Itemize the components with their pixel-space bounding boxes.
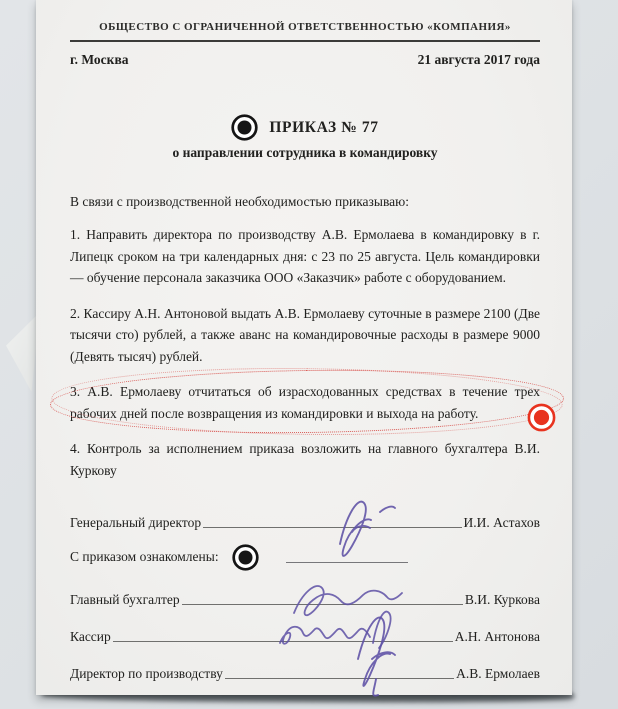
document-page: ОБЩЕСТВО С ОГРАНИЧЕННОЙ ОТВЕТСТВЕННОСТЬЮ… [36,0,572,695]
signature-kurkova [282,569,414,619]
order-item-4: 4. Контроль за исполнением приказа возло… [70,438,540,481]
signature-label: Главный бухгалтер [70,592,180,608]
signature-line [113,640,453,642]
signature-label: Директор по производству [70,666,223,682]
order-item-1: 1. Направить директора по производству А… [70,224,540,289]
signature-name: А.Н. Антонова [455,629,540,645]
signature-row-director: Генеральный директор И.И. Астахов [70,510,540,531]
signature-label: Кассир [70,629,111,645]
signature-line [182,603,463,605]
signature-row-accountant: Главный бухгалтер В.И. Куркова [70,587,540,608]
order-item-2: 2. Кассиру А.Н. Антоновой выдать А.В. Ер… [70,303,540,368]
signature-name: А.В. Ермолаев [456,666,540,682]
acknowledged-row: С приказом ознакомлены: [70,543,540,571]
signature-line [203,526,461,528]
signature-line [225,677,454,679]
page-background: ОБЩЕСТВО С ОГРАНИЧЕННОЙ ОТВЕТСТВЕННОСТЬЮ… [0,0,618,709]
signature-ermolaev [322,603,432,701]
acknowledged-line [286,552,408,563]
order-item-3: 3. А.В. Ермолаеву отчитаться об израсход… [70,381,540,424]
signature-label: Генеральный директор [70,515,201,531]
signature-name: И.И. Астахов [464,515,540,531]
step-marker-icon-2[interactable] [232,544,259,571]
highlighted-paragraph: 3. А.В. Ермолаеву отчитаться об израсход… [70,381,540,424]
order-subtitle: о направлении сотрудника в командировку [70,145,540,161]
signature-row-production-director: Директор по производству А.В. Ермолаев [70,661,540,682]
document-date: 21 августа 2017 года [418,52,540,68]
signature-name: В.И. Куркова [465,592,540,608]
acknowledged-label: С приказом ознакомлены: [70,549,219,565]
step-marker-icon-1[interactable] [231,114,258,141]
signature-row-cashier: Кассир А.Н. Антонова [70,624,540,645]
order-title: ПРИКАЗ № 77 [269,119,378,137]
header-rule [70,40,540,42]
back-sheet-corner [6,312,40,392]
order-intro: В связи с производственной необходимость… [70,194,540,210]
document-city: г. Москва [70,52,128,68]
step-marker-icon-red[interactable] [527,403,556,432]
company-name: ОБЩЕСТВО С ОГРАНИЧЕННОЙ ОТВЕТСТВЕННОСТЬЮ… [70,21,540,33]
